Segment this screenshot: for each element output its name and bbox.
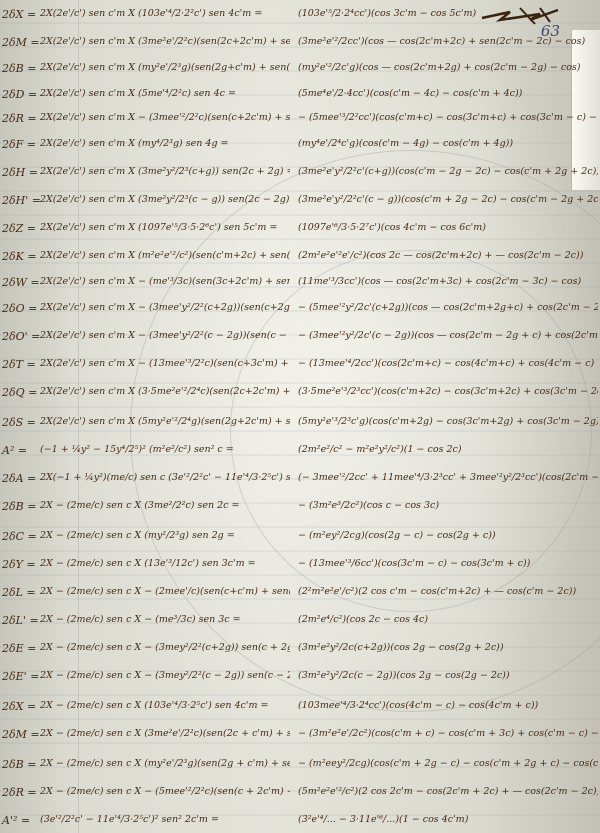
equation-row: 2δO' =2X(2e'/c') sen c'm X − (3mee'y²/2²… <box>0 324 600 354</box>
equation-result: (2m²e⁴/c²)(cos 2c − cos 4c) <box>298 614 598 625</box>
manuscript-page: 63 2δX =2X(2e'/c') sen c'm X (103e'⁴/2·2… <box>0 0 600 833</box>
equation-result: (5my²e'³/2³c'g)(cos(c'm+2g) − cos(3c'm+2… <box>298 416 598 427</box>
equation-result: (2m²e²e'²e'/c²)(cos 2c — cos(2c'm+2c) + … <box>298 250 598 261</box>
equation-lhs: 2δK = <box>2 250 37 263</box>
equation-expansion: 2X(2e'/c') sen c'm X (my²e'/2³g)(sen(2g+… <box>40 62 290 73</box>
equation-lhs: 2δO = <box>2 302 37 315</box>
equation-lhs: 2δE' = <box>2 670 39 683</box>
equation-lhs: 2δS = <box>2 416 36 429</box>
equation-expansion: 2X − (2me/c) sen c X (13e'³/12c') sen 3c… <box>40 558 290 569</box>
equation-expansion: 2X(2e'/c') sen c'm X − (13mee'³/2²c)(sen… <box>40 358 290 369</box>
equation-expansion: 2X − (2me/c) sen c X − (2mee'/c)(sen(c+c… <box>40 586 290 597</box>
equation-result: − (5mee'³/2²cc')(cos(c'm+c) − cos(3c'm+c… <box>298 112 598 123</box>
equation-result: (11me'³/3cc')(cos — cos(2c'm+3c) + cos(2… <box>298 276 598 287</box>
equation-lhs: 2δC = <box>2 530 37 543</box>
equation-result: − (m²ey²/2cg)(cos(2g − c) − cos(2g + c)) <box>298 530 598 541</box>
equation-expansion: 2X − (2me/c) sen c X (my²/2³g) sen 2g = <box>40 530 290 541</box>
equation-expansion: 2X(2e'/c') sen c'm X (m²e²e'²/c²)(sen(c'… <box>40 250 290 261</box>
equation-lhs: 2δH = <box>2 166 38 179</box>
equation-lhs: 2δX = <box>2 700 36 713</box>
equation-lhs: 2δB = <box>2 62 36 75</box>
equation-expansion: 2X(2e'/c') sen c'm X − (3mee'y²/2²(c − 2… <box>40 330 290 341</box>
equation-expansion: 2X − (2me/c) sen c X (103e'⁴/3·2⁵c') sen… <box>40 700 290 711</box>
equation-expansion: 2X − (2me/c) sen c X − (me³/3c) sen 3c = <box>40 614 290 625</box>
equation-result: (3me²e'y²/2²c'(c+g))(cos(c'm − 2g − 2c) … <box>298 166 598 177</box>
equation-result: (3me²e'²/2cc')(cos — cos(2c'm+2c) + sen(… <box>298 36 598 47</box>
equation-lhs: 2δO' = <box>2 330 40 343</box>
equation-lhs: A² = <box>2 444 27 457</box>
equation-result: (2²m²e²e'/c²)(2 cos c'm − cos(c'm+2c) + … <box>298 586 598 597</box>
equation-result: (3²e'⁴/... − 3·11e'⁶/...)(1 − cos 4c'm) <box>298 814 598 825</box>
equation-result: (3me²e'y²/2²c'(c − g))(cos(c'm + 2g − 2c… <box>298 194 598 205</box>
equation-lhs: 2δL = <box>2 586 36 599</box>
equation-result: (− 3mee'²/2cc' + 11mee'⁴/3·2³cc' + 3mee'… <box>298 472 598 483</box>
equation-lhs: 2δX = <box>2 8 36 21</box>
equation-row: 2δY =2X − (2me/c) sen c X (13e'³/12c') s… <box>0 552 600 582</box>
equation-row: 2δB =2X − (2me/c) sen c X (3me²/2²c) sen… <box>0 494 600 524</box>
equation-expansion: (−1 + ¼y² − 15y⁴/2⁵)² (m²e²/c²) sen² c = <box>40 444 290 455</box>
equation-expansion: 2X(2e'/c') sen c'm X (3·5me²e'²/2⁴c)(sen… <box>40 386 290 397</box>
equation-lhs: 2δY = <box>2 558 36 571</box>
equation-row: A² =(−1 + ¼y² − 15y⁴/2⁵)² (m²e²/c²) sen²… <box>0 438 600 468</box>
equation-result: (5me⁴e'/2·4cc')(cos(c'm − 4c) − cos(c'm … <box>298 88 598 99</box>
equation-lhs: 2δB = <box>2 758 36 771</box>
equation-result: (3·5me²e'³/2³cc')(cos(c'm+2c) − cos(3c'm… <box>298 386 598 397</box>
equation-row: 2δM =2X − (2me/c) sen c X (3me²e'/2²c)(s… <box>0 722 600 752</box>
equation-expansion: 2X(2e'/c') sen c'm X − (3mee'y²/2²(c+2g)… <box>40 302 290 313</box>
equation-row: 2δX =2X(2e'/c') sen c'm X (103e'⁴/2·2²c'… <box>0 2 600 32</box>
equation-lhs: 2δR = <box>2 112 37 125</box>
equation-lhs: 2δA = <box>2 472 36 485</box>
equation-row: 2δB =2X − (2me/c) sen c X (my²e'/2³g)(se… <box>0 752 600 782</box>
equation-row: 2δH' =2X(2e'/c') sen c'm X (3me²y²/2³(c … <box>0 188 600 218</box>
equation-result: (1097e'⁶/3·5·2⁷c')(cos 4c'm − cos 6c'm) <box>298 222 598 233</box>
equation-row: 2δE' =2X − (2me/c) sen c X − (3mey²/2²(c… <box>0 664 600 694</box>
equation-lhs: 2δT = <box>2 358 36 371</box>
equation-expansion: 2X − (2me/c) sen c X − (3mey²/2²(c − 2g)… <box>40 670 290 681</box>
equation-row: 2δZ =2X(2e'/c') sen c'm X (1097e'⁵/3·5·2… <box>0 216 600 246</box>
equation-expansion: 2X − (2me/c) sen c X (3me²/2²c) sen 2c = <box>40 500 290 511</box>
equation-row: 2δH =2X(2e'/c') sen c'm X (3me²y²/2³(c+g… <box>0 160 600 190</box>
equation-result: (2m²e²/c² − m²e²y²/c²)(1 − cos 2c) <box>298 444 598 455</box>
equation-lhs: 2δL' = <box>2 614 39 627</box>
equation-result: (103mee'⁴/3·2⁴cc')(cos(4c'm − c) − cos(4… <box>298 700 598 711</box>
equation-result: (103e'⁵/2·2⁴cc')(cos 3c'm − cos 5c'm) <box>298 8 598 19</box>
equation-result: − (3m²e²e'/2c²)(cos(c'm + c) − cos(c'm +… <box>298 728 598 739</box>
equation-row: 2δL =2X − (2me/c) sen c X − (2mee'/c)(se… <box>0 580 600 610</box>
equation-row: 2δE =2X − (2me/c) sen c X − (3mey²/2²(c+… <box>0 636 600 666</box>
equation-row: 2δX =2X − (2me/c) sen c X (103e'⁴/3·2⁵c'… <box>0 694 600 724</box>
equation-result: (3m²e²y²/2c(c+2g))(cos 2g − cos(2g + 2c)… <box>298 642 598 653</box>
equation-lhs: 2δW = <box>2 276 40 289</box>
equation-expansion: 2X(2e'/c') sen c'm X − (3mee'²/2²c)(sen(… <box>40 112 290 123</box>
equation-result: (5m²e²e'²/c²)(2 cos 2c'm − cos(2c'm + 2c… <box>298 786 598 797</box>
equation-result: − (5mee'²y²/2c'(c+2g))(cos — cos(2c'm+2g… <box>298 302 598 313</box>
equation-expansion: 2X − (2me/c) sen c X − (5mee'²/2²c)(sen(… <box>40 786 290 797</box>
equation-row: 2δO =2X(2e'/c') sen c'm X − (3mee'y²/2²(… <box>0 296 600 326</box>
equation-result: − (13mee'³/6cc')(cos(3c'm − c) − cos(3c'… <box>298 558 598 569</box>
equation-lhs: A'² = <box>2 814 30 827</box>
equation-row: 2δC =2X − (2me/c) sen c X (my²/2³g) sen … <box>0 524 600 554</box>
equation-expansion: 2X − (2me/c) sen c X (3me²e'/2²c)(sen(2c… <box>40 728 290 739</box>
equation-expansion: 2X(2e'/c') sen c'm X (my⁴/2³g) sen 4g = <box>40 138 290 149</box>
equation-row: 2δR =2X − (2me/c) sen c X − (5mee'²/2²c)… <box>0 780 600 810</box>
equation-lhs: 2δQ = <box>2 386 37 399</box>
equation-result: − (3m²e³/2c²)(cos c − cos 3c) <box>298 500 598 511</box>
equation-expansion: 2X(−1 + ¼y²)(me/c) sen c (3e'²/2²c' − 11… <box>40 472 290 483</box>
equation-expansion: (3e'²/2²c' − 11e'⁴/3·2⁵c')² sen² 2c'm = <box>40 814 290 825</box>
equation-lhs: 2δH' = <box>2 194 41 207</box>
equation-expansion: 2X(2e'/c') sen c'm X (3me²y²/2³(c − g)) … <box>40 194 290 205</box>
equation-expansion: 2X(2e'/c') sen c'm X (5my²e'²/2⁴g)(sen(2… <box>40 416 290 427</box>
equation-result: (my⁴e'/2⁴c'g)(cos(c'm − 4g) − cos(c'm + … <box>298 138 598 149</box>
equation-row: A'² =(3e'²/2²c' − 11e'⁴/3·2⁵c')² sen² 2c… <box>0 808 600 833</box>
equation-lhs: 2δB = <box>2 500 36 513</box>
equation-expansion: 2X(2e'/c') sen c'm X (3me²y²/2³(c+g)) se… <box>40 166 290 177</box>
equation-lhs: 2δE = <box>2 642 36 655</box>
equation-lhs: 2δM = <box>2 36 40 49</box>
equation-expansion: 2X(2e'/c') sen c'm X (1097e'⁵/3·5·2⁶c') … <box>40 222 290 233</box>
equation-expansion: 2X − (2me/c) sen c X (my²e'/2³g)(sen(2g … <box>40 758 290 769</box>
equation-result: (3m²e²y²/2c(c − 2g))(cos 2g − cos(2g − 2… <box>298 670 598 681</box>
equation-result: − (m²eey²/2cg)(cos(c'm + 2g − c) − cos(c… <box>298 758 598 769</box>
equation-row: 2δS =2X(2e'/c') sen c'm X (5my²e'²/2⁴g)(… <box>0 410 600 440</box>
equation-row: 2δL' =2X − (2me/c) sen c X − (me³/3c) se… <box>0 608 600 638</box>
equation-result: (my²e'²/2c'g)(cos — cos(2c'm+2g) + cos(2… <box>298 62 598 73</box>
equation-expansion: 2X(2e'/c') sen c'm X (5me'⁴/2²c) sen 4c … <box>40 88 290 99</box>
equation-expansion: 2X(2e'/c') sen c'm X (103e'⁴/2·2²c') sen… <box>40 8 290 19</box>
equation-row: 2δF =2X(2e'/c') sen c'm X (my⁴/2³g) sen … <box>0 132 600 162</box>
equation-result: − (13mee'⁴/2cc')(cos(2c'm+c) − cos(4c'm+… <box>298 358 598 369</box>
equation-lhs: 2δF = <box>2 138 36 151</box>
equation-row: 2δQ =2X(2e'/c') sen c'm X (3·5me²e'²/2⁴c… <box>0 380 600 410</box>
equation-lhs: 2δD = <box>2 88 37 101</box>
equation-expansion: 2X(2e'/c') sen c'm X − (me'³/3c)(sen(3c+… <box>40 276 290 287</box>
equation-row: 2δT =2X(2e'/c') sen c'm X − (13mee'³/2²c… <box>0 352 600 382</box>
equation-lhs: 2δM = <box>2 728 40 741</box>
equation-result: − (3mee'²y²/2c'(c − 2g))(cos — cos(2c'm … <box>298 330 598 341</box>
equation-expansion: 2X(2e'/c') sen c'm X (3me²e'/2²c)(sen(2c… <box>40 36 290 47</box>
equation-row: 2δA =2X(−1 + ¼y²)(me/c) sen c (3e'²/2²c'… <box>0 466 600 496</box>
equation-lhs: 2δR = <box>2 786 37 799</box>
equation-lhs: 2δZ = <box>2 222 36 235</box>
equation-expansion: 2X − (2me/c) sen c X − (3mey²/2²(c+2g)) … <box>40 642 290 653</box>
